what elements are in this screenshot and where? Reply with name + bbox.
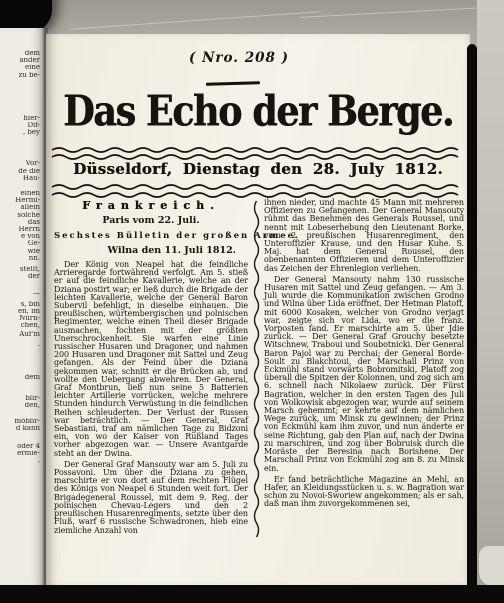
adjacent-page-text-fragment: e von (0, 233, 46, 240)
adjacent-page-text-fragment: Nürn- (0, 315, 46, 322)
adjacent-page-text-fragment: Ge- (0, 240, 46, 247)
article-columns: Frankreich. Paris vom 22. Juli. Sechstes… (54, 199, 464, 549)
issue-number: ( Nro. 208 ) (189, 50, 289, 66)
adjacent-page-text-fragment: — (0, 290, 46, 297)
adjacent-page-text-fragment: chen, (0, 322, 46, 329)
adjacent-page-text-fragment: , bey (0, 129, 46, 136)
article-paragraph: ihnen nieder, und machte 45 Mann mit meh… (264, 199, 464, 273)
scan-crease-line (70, 11, 319, 29)
adjacent-page-text-fragment: das (0, 219, 46, 226)
adjacent-page-edge: demandereinezu be-hier-Dif-, beyVor-de d… (0, 28, 46, 585)
wavy-rule (51, 183, 465, 191)
adjacent-page-text-fragment: Hermi- (0, 197, 46, 204)
adjacent-page-text-fragment: zu be- (0, 72, 46, 79)
adjacent-page-text-fragment: hier- (0, 115, 46, 122)
adjacent-page-text-fragment: ermie- (0, 450, 46, 457)
adjacent-page-text-fragment: möblir- (0, 418, 46, 425)
adjacent-page-text-fragment: allein (0, 204, 46, 211)
adjacent-page-text-fragment: Auf'm (0, 331, 46, 338)
scanned-newspaper-image: demandereinezu be-hier-Dif-, beyVor-de d… (0, 0, 504, 603)
adjacent-page-text-fragment: oder 4 (0, 443, 46, 450)
adjacent-page-text-fragment: en, im (0, 308, 46, 315)
bulletin-heading: Sechstes Bülletin der großen Armee. (54, 231, 248, 241)
left-column: Frankreich. Paris vom 22. Juli. Sechstes… (54, 199, 248, 549)
lifted-page-corner (479, 546, 504, 586)
article-paragraph: Er fand beträchtliche Magazine an Mehl, … (264, 476, 464, 509)
section-heading-frankreich: Frankreich. (54, 199, 248, 212)
adjacent-page-text-fragment: . (0, 341, 46, 348)
article-paragraph: Der König von Neapel hat die feindliche … (54, 261, 248, 458)
adjacent-page-text-fragment: nn. (0, 255, 46, 262)
masthead-title: Das Echo der Berge. (54, 86, 461, 136)
bottom-scan-band (0, 585, 504, 603)
newspaper-page: ( Nro. 208 ) Das Echo der Berge. Düsseld… (46, 34, 470, 586)
column-divider (248, 199, 264, 549)
right-column: ihnen nieder, und machte 45 Mann mit meh… (264, 199, 464, 549)
adjacent-page-text-fragment: Dif- (0, 122, 46, 129)
paris-dateline: Paris vom 22. Juli. (54, 215, 248, 226)
adjacent-page-text-fragment: eine (0, 64, 46, 71)
article-paragraph: Der General Mansouty nahm 130 russische … (264, 276, 464, 473)
adjacent-page-text-fragment: solche (0, 212, 46, 219)
scan-crease-line (300, 7, 485, 18)
column-divider-wavy-line (252, 199, 261, 549)
adjacent-page-text-fragment: blir- (0, 395, 46, 402)
article-paragraph: Der General Graf Mansouty war am 5. Juli… (54, 461, 248, 535)
adjacent-page-text-fragment: einen (0, 190, 46, 197)
adjacent-page-text-fragment: . (0, 457, 46, 464)
adjacent-page-text-fragment: ander (0, 57, 46, 64)
page-spine-black-bar (467, 44, 477, 592)
issue-number-rule (206, 81, 260, 85)
adjacent-page-text-fragment: der (0, 273, 46, 280)
adjacent-page-text-fragment: d kann (0, 425, 46, 432)
adjacent-page-text-fragment: Vor- (0, 160, 46, 167)
adjacent-page-text-fragment: stellt, (0, 266, 46, 273)
adjacent-page-text-fragment: dem (0, 50, 46, 57)
adjacent-page-text-fragment: Herrn (0, 226, 46, 233)
adjacent-page-text-fragment: s, bin (0, 301, 46, 308)
dateline: Düsseldorf, Dienstag den 28. July 1812. (46, 160, 470, 178)
adjacent-page-text-fragment: de die (0, 168, 46, 175)
adjacent-page-text-fragment: Hau- (0, 175, 46, 182)
adjacent-page-text-fragment: wie (0, 248, 46, 255)
adjacent-page-text-fragment: dem (0, 374, 46, 381)
right-margin-paper (477, 0, 504, 603)
adjacent-page-text-fragment: den, (0, 402, 46, 409)
bulletin-dateline: Wilna den 11. Juli 1812. (54, 245, 248, 256)
